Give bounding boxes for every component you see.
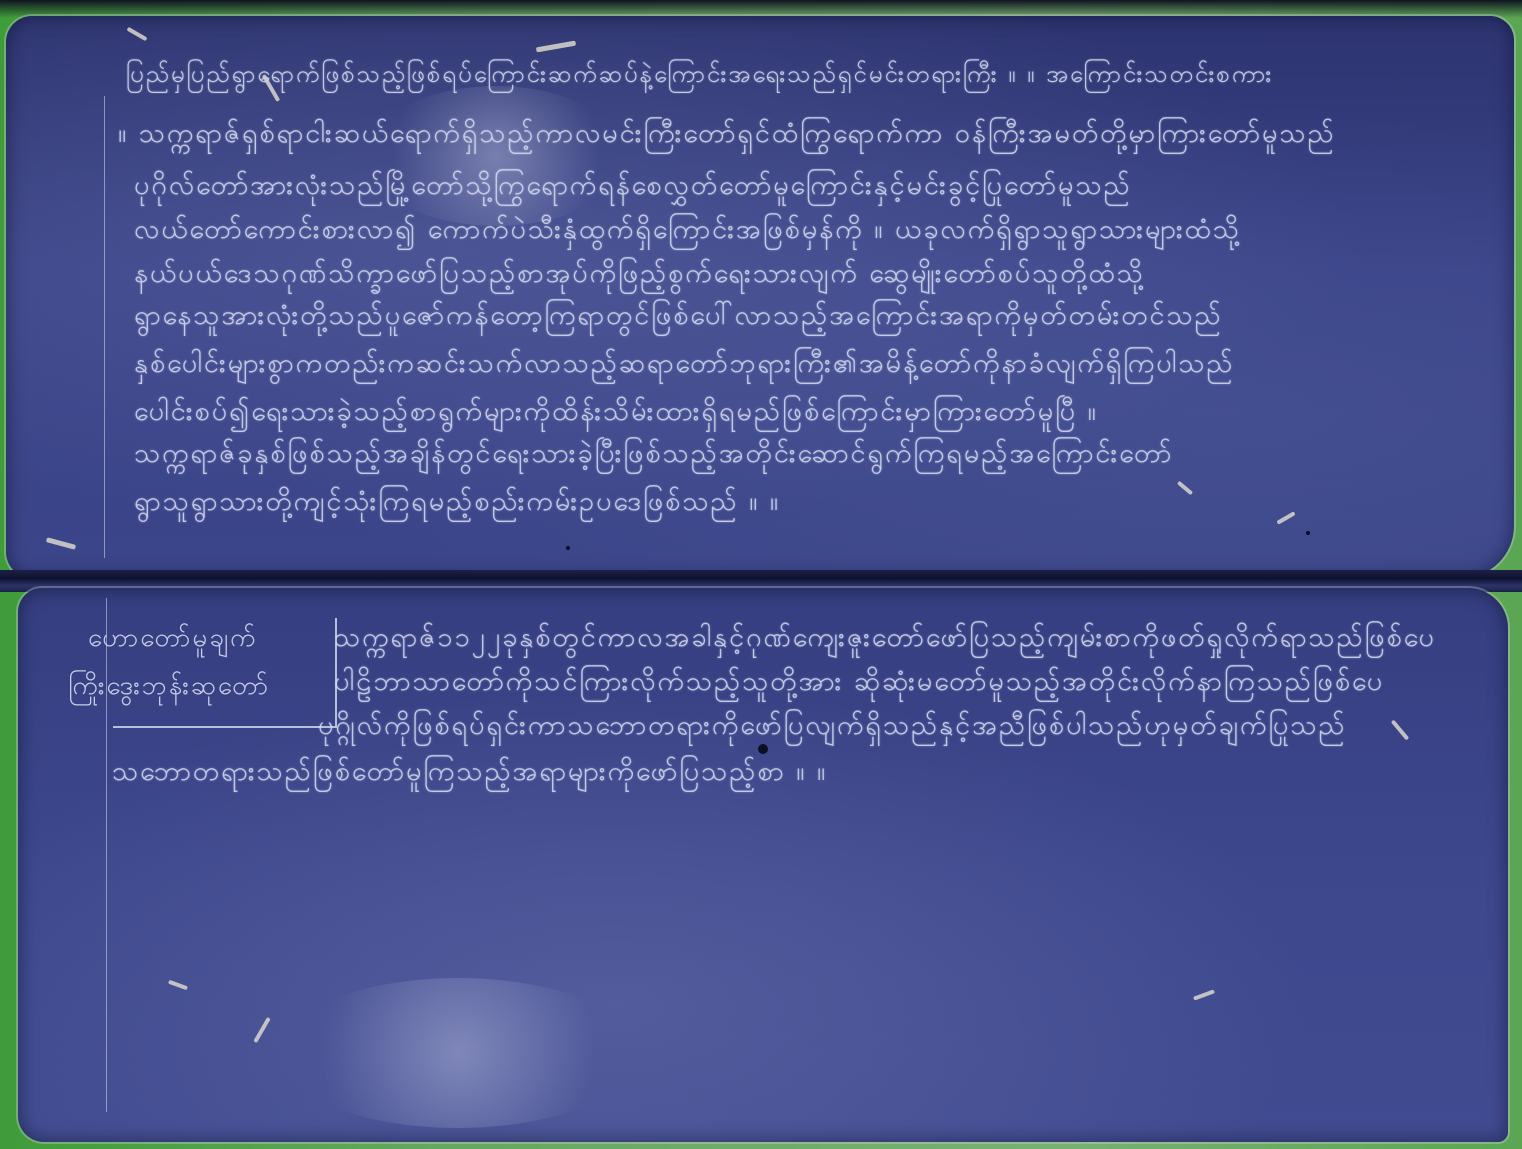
- text-line: ပုဂိုလ်တော်အားလုံးသည်မြို့တော်သို့ကြွရော…: [134, 168, 1454, 208]
- text-line: ရွာသူရွာသားတို့ကျင့်သုံးကြရမည့်စည်းကမ်းဥ…: [134, 484, 934, 524]
- paper-damage: [536, 41, 576, 53]
- text-line: ပေါင်းစပ်၍ရေးသားခဲ့သည့်စာရွက်များကိုထိန်…: [134, 394, 1454, 434]
- text-line: ပါဠိဘာသာတော်ကိုသင်ကြားလိုက်သည့်သူတို့အား…: [334, 664, 1464, 704]
- text-line: နှစ်ပေါင်းများစွာကတည်းကဆင်းသက်လာသည့်ဆရာတ…: [134, 346, 1454, 386]
- text-line: ။ သက္ကရာဇ်ရှစ်ရာငါးဆယ်ရောက်ရှိသည့်ကာလမင်…: [118, 116, 1448, 156]
- margin-rule-line: [104, 96, 105, 558]
- heading-line: ကြိုးဒွေးဘုန်းဆုတော်: [68, 668, 270, 707]
- paper-damage: [1276, 511, 1295, 524]
- ink-spot: [566, 546, 570, 550]
- text-line: သက္ကရာဇ်ခုနှစ်ဖြစ်သည့်အချိန်တွင်ရေးသားခဲ…: [134, 436, 1454, 476]
- paper-damage: [168, 980, 188, 991]
- text-line: နယ်ပယ်ဒေသဂုဏ်သိက္ခာဖော်ပြသည့်စာအုပ်ကိုဖြ…: [134, 256, 1454, 296]
- paper-damage: [1193, 989, 1215, 1000]
- paper-damage: [46, 537, 76, 550]
- manuscript-bottom-folio: ဟောတော်မူချက် ကြိုးဒွေးဘုန်းဆုတော် သက္ကရ…: [18, 588, 1508, 1142]
- text-line: သဘောတရားသည်ဖြစ်တော်မူကြသည့်အရာများကိုဖော…: [112, 754, 1032, 794]
- manuscript-top-folio: ပြည်မှပြည်ရွာရောက်ဖြစ်သည့်ဖြစ်ရပ်ကြောင်း…: [6, 16, 1514, 578]
- text-line: သက္ကရာဇ်၁၁၂၂ခုနှစ်တွင်ကာလအခါနှင့်ဂုဏ်ကျေ…: [334, 620, 1464, 660]
- ink-spot: [1306, 531, 1310, 535]
- text-line: ပြည်မှပြည်ရွာရောက်ဖြစ်သည့်ဖြစ်ရပ်ကြောင်း…: [126, 58, 1446, 94]
- heading-line: ဟောတော်မူချက်: [88, 620, 257, 659]
- abrasion-patch: [278, 978, 638, 1128]
- ink-spot: [758, 744, 768, 754]
- text-line: လယ်တော်ကောင်းစားလာ၍ ကောက်ပဲသီးနှံထွက်ရှိ…: [134, 212, 1454, 252]
- paper-damage: [253, 1017, 270, 1043]
- heading-box: ဟောတော်မူချက် ကြိုးဒွေးဘုန်းဆုတော်: [113, 618, 337, 728]
- text-line: ရွာနေသူအားလုံးတို့သည်ပူဇော်ကန်တော့ကြရာတွ…: [134, 298, 1454, 338]
- paper-damage: [1177, 481, 1193, 496]
- paper-damage: [126, 27, 147, 41]
- text-line: ပုဂ္ဂိုလ်ကိုဖြစ်ရပ်ရှင်းကာသဘောတရားကိုဖော…: [318, 708, 1464, 748]
